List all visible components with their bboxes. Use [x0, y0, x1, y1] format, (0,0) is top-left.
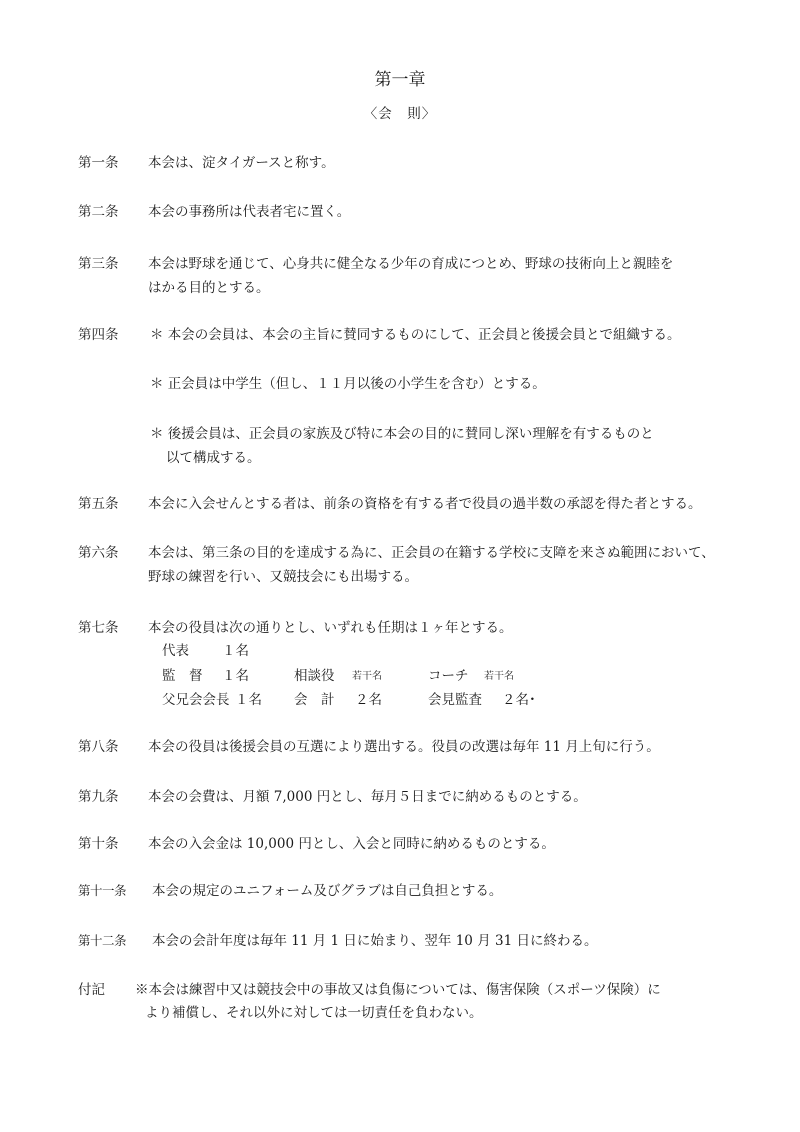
article-text: 本会の会計年度は毎年 11 月 1 日に始まり、翌年 10 月 31 日に終わる…: [152, 935, 597, 949]
article-label: 第十条: [78, 838, 119, 852]
article-label: 第八条: [78, 741, 119, 755]
article-text: 本会の役員は後援会員の互選により選出する。役員の改選は毎年 11 月上旬に行う。: [148, 741, 660, 755]
article-text: 本会に入会せんとする者は、前条の資格を有する者で役員の過半数の承認を得た者とする…: [148, 498, 702, 512]
article-label: 第二条: [78, 206, 119, 220]
bullet-item: ＊ 正会員は中学生（但し、１１月以後の小学生を含む）とする。: [150, 378, 546, 392]
officer-count: １名: [235, 694, 262, 708]
article-label: 第七条: [78, 622, 119, 636]
bullet-item: ＊ 後援会員は、正会員の家族及び特に本会の目的に賛同し深い理解を有するものと: [150, 428, 654, 442]
officer-count: １名: [222, 645, 249, 659]
officer-role: 代表: [162, 645, 189, 659]
article-label: 第十二条: [78, 935, 126, 948]
article-text: 本会の規定のユニフォーム及びグラブは自己負担とする。: [152, 885, 502, 899]
article-text-continued: はかる目的とする。: [148, 282, 270, 296]
article-label: 第三条: [78, 258, 119, 272]
article-label: 第六条: [78, 547, 119, 561]
officer-role: 会見監査: [428, 694, 482, 708]
article-text: 本会の会費は、月額 7,000 円とし、毎月５日までに納めるものとする。: [148, 791, 587, 805]
article-label: 第五条: [78, 498, 119, 512]
officer-role: 父兄会会長: [162, 694, 230, 708]
article-text: 本会の事務所は代表者宅に置く。: [148, 206, 350, 220]
officer-role: コーチ: [428, 670, 469, 684]
article-text-continued: 野球の練習を行い、又競技会にも出場する。: [148, 571, 418, 585]
article-label: 第九条: [78, 791, 119, 805]
supplement-text: ※本会は練習中又は競技会中の事故又は負傷については、傷害保険（スポーツ保険）に: [135, 984, 661, 998]
officer-role: 会 計: [294, 694, 335, 708]
article-text: 本会は、第三条の目的を達成する為に、正会員の在籍する学校に支障を来さぬ範囲におい…: [148, 547, 715, 561]
chapter-title: 第一章: [0, 72, 800, 89]
article-text: 本会の入会金は 10,000 円とし、入会と同時に納めるものとする。: [148, 838, 555, 852]
bullet-item-continued: 以て構成する。: [166, 452, 261, 466]
officer-count: ２名: [355, 694, 382, 708]
officer-count: 若干名: [352, 672, 382, 682]
article-text: 本会は野球を通じて、心身共に健全なる少年の育成につとめ、野球の技術向上と親睦を: [148, 258, 673, 272]
supplement-text-continued: より補償し、それ以外に対しては一切責任を負わない。: [145, 1007, 483, 1021]
supplement-label: 付記: [78, 984, 105, 998]
article-text: 本会の役員は次の通りとし、いずれも任期は１ヶ年とする。: [148, 622, 513, 636]
article-label: 第四条: [78, 329, 119, 343]
officer-role: 監 督: [162, 670, 203, 684]
officer-count: １名: [222, 670, 249, 684]
bullet-item: ＊ 本会の会員は、本会の主旨に賛同するものにして、正会員と後援会員とで組織する。: [150, 329, 681, 343]
officer-count: ２名･: [502, 694, 536, 708]
article-label: 第一条: [78, 157, 119, 171]
article-label: 第十一条: [78, 885, 126, 898]
section-title: 〈会 則〉: [0, 108, 800, 122]
officer-role: 相談役: [294, 670, 335, 684]
article-text: 本会は、淀タイガースと称す。: [148, 157, 335, 171]
officer-count: 若干名: [484, 672, 514, 682]
